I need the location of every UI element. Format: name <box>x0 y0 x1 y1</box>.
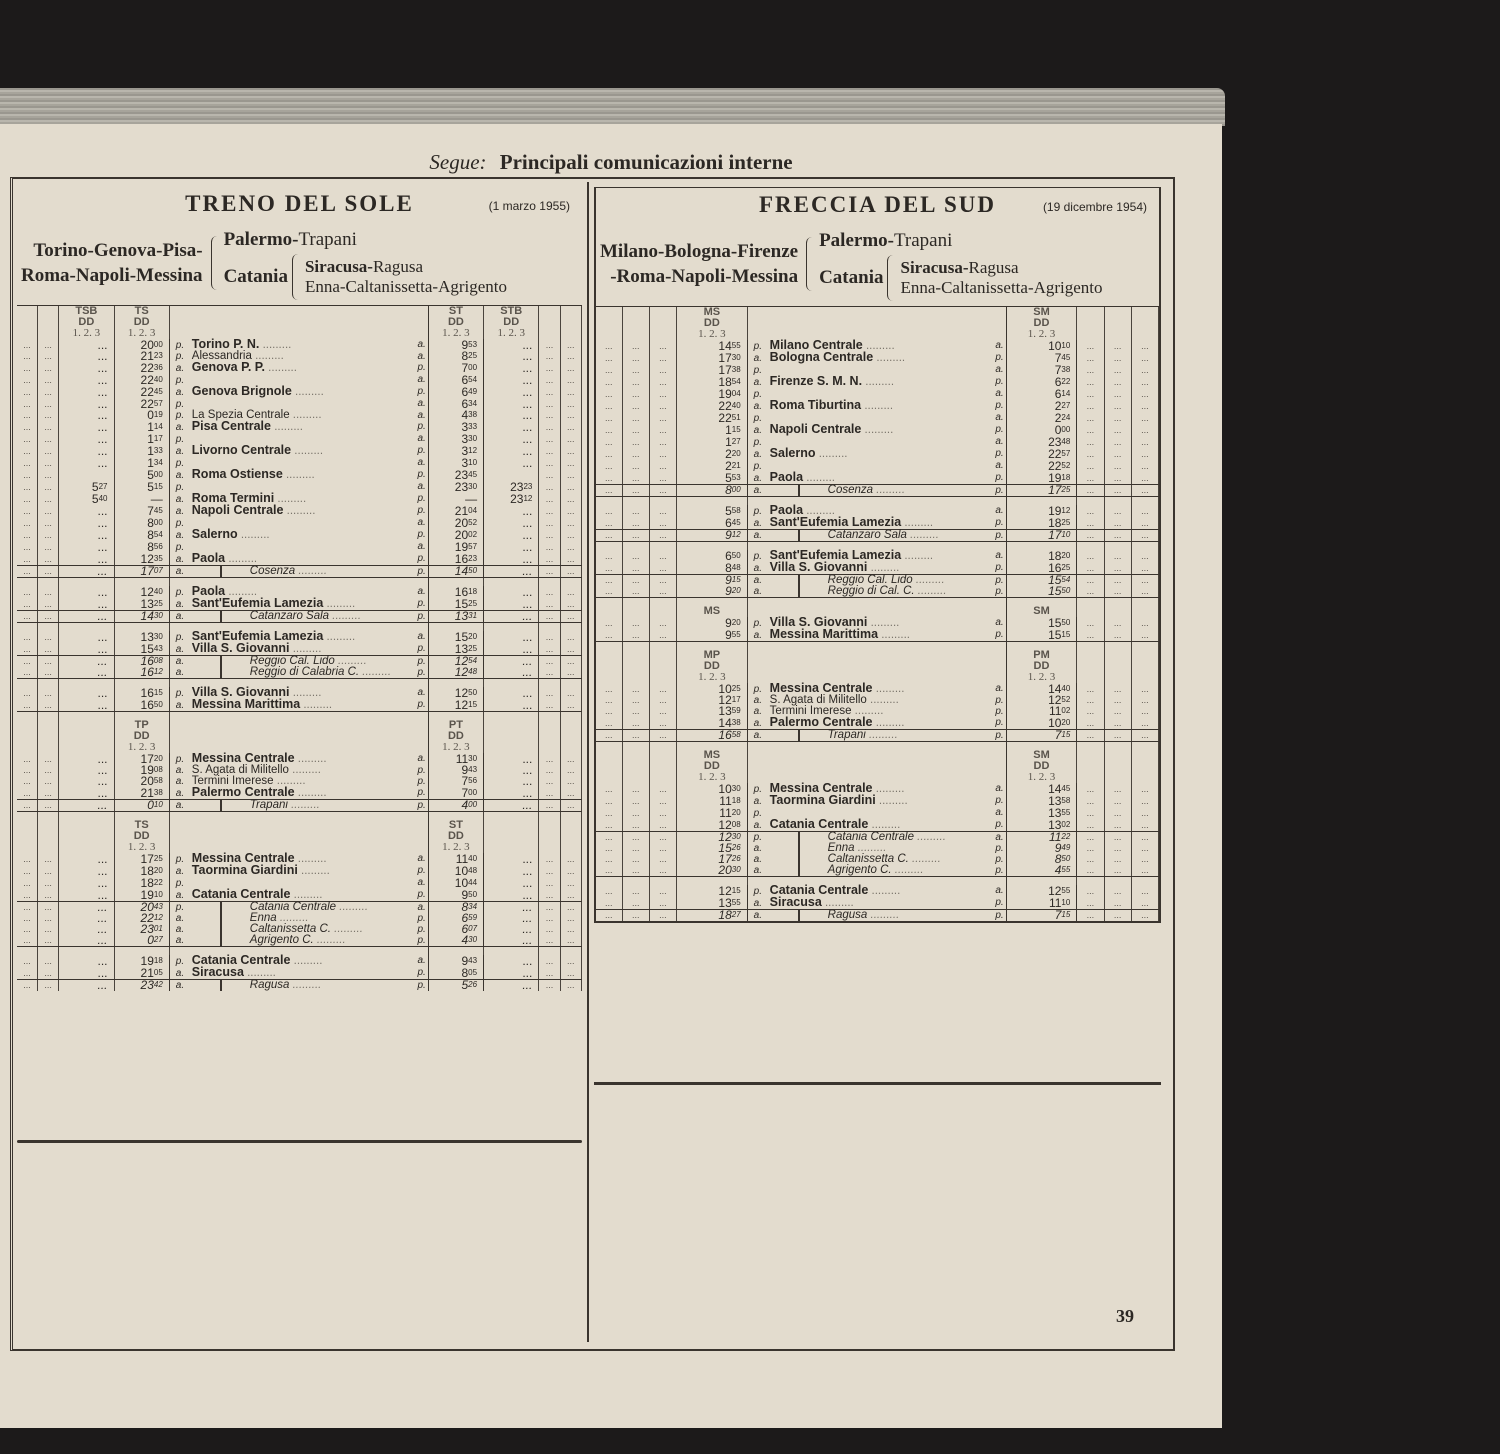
empty-cell <box>622 329 649 340</box>
up-time: 943 <box>428 955 483 967</box>
arrival-departure-marker: a. <box>417 631 425 642</box>
up-time: 1918 <box>1006 472 1077 485</box>
empty-cell: ... <box>37 529 58 541</box>
empty-cell: ... <box>37 853 58 865</box>
train-header-row: DDDD <box>596 761 1159 772</box>
empty-cell: ... <box>17 586 37 598</box>
arrival-departure-marker: p. <box>176 632 192 643</box>
timetable-row: .........115a.Napoli Centrale .........p… <box>596 424 1159 436</box>
empty-cell: ... <box>560 643 581 656</box>
station-name: Torino P. N. <box>192 337 260 351</box>
arrival-departure-marker: p. <box>417 469 425 480</box>
up-time: 430 <box>428 935 483 947</box>
empty-cell <box>428 947 483 956</box>
empty-cell <box>37 623 58 632</box>
empty-cell: ... <box>622 819 649 832</box>
empty-cell: ... <box>17 913 37 924</box>
empty-cell: ... <box>539 398 560 410</box>
empty-cell: ... <box>649 695 676 706</box>
up-time: 1725 <box>1006 485 1077 497</box>
empty-cell: ... <box>539 913 560 924</box>
empty-cell: ... <box>649 706 676 717</box>
empty-cell <box>539 812 560 821</box>
empty-cell: ... <box>622 352 649 364</box>
empty-cell <box>1131 542 1158 551</box>
arrival-departure-marker: p. <box>995 575 1003 586</box>
empty-cell: ... <box>649 530 676 542</box>
empty-cell: ... <box>37 765 58 776</box>
empty-cell <box>539 731 560 742</box>
down-time: 645 <box>677 517 748 530</box>
empty-cell: ... <box>622 717 649 730</box>
empty-cell: ... <box>539 631 560 643</box>
empty-cell: ... <box>17 541 37 553</box>
empty-cell: ... <box>17 398 37 410</box>
arrival-departure-marker: p. <box>754 551 770 562</box>
empty-cell: ... <box>560 935 581 947</box>
empty-cell: ... <box>622 854 649 865</box>
down-time: 800 <box>114 517 169 529</box>
down-time: 220 <box>677 448 748 460</box>
leader-dots: ......... <box>873 352 905 364</box>
up-time: 1044 <box>428 877 483 889</box>
empty-cell: ... <box>1131 897 1158 910</box>
empty-cell: ... <box>17 877 37 889</box>
empty-cell: ... <box>1077 412 1104 424</box>
arrival-departure-marker: p. <box>995 424 1003 435</box>
dest-enna: Enna-Caltanissetta-Agrigento <box>305 277 507 297</box>
arrival-departure-marker: a. <box>176 554 192 565</box>
station-name: Reggio di Cal. C. <box>798 585 915 597</box>
empty-cell: ... <box>596 706 622 717</box>
empty-cell: ... <box>1077 706 1104 717</box>
empty-cell <box>539 947 560 956</box>
leader-dots: ......... <box>295 787 327 799</box>
empty-cell: ... <box>622 550 649 562</box>
leader-dots: ......... <box>290 409 322 421</box>
empty-cell <box>539 742 560 753</box>
empty-cell <box>17 306 37 317</box>
empty-cell <box>596 606 622 617</box>
empty-cell <box>596 307 622 318</box>
up-time: 850 <box>1006 854 1077 865</box>
down-time: 2030 <box>677 865 748 877</box>
empty-cell: ... <box>596 683 622 695</box>
arrival-departure-marker: p. <box>995 517 1003 528</box>
empty-cell <box>560 842 581 853</box>
up-time: 1440 <box>1006 683 1077 695</box>
empty-cell <box>596 497 622 506</box>
empty-cell: ... <box>17 699 37 712</box>
arrival-departure-marker: p. <box>754 808 770 819</box>
train-code-down: 1. 2. 3 <box>677 772 748 783</box>
empty-cell: ... <box>37 457 58 469</box>
up-time: 607 <box>428 924 483 935</box>
timetable-row: .........955a.Messina Marittima ........… <box>596 629 1159 642</box>
down-time: 1215 <box>677 885 748 897</box>
leader-dots: ......... <box>283 505 315 517</box>
empty-cell <box>1104 497 1131 506</box>
timetable-row: .........912a.Catanzaro Sala .........p.… <box>596 530 1159 542</box>
arrival-departure-marker: a. <box>176 599 192 610</box>
dest-trapani: Trapani <box>894 230 952 251</box>
leader-dots: ......... <box>867 562 899 574</box>
arrival-departure-marker: a. <box>176 644 192 655</box>
timetable-row: .........1854a.Firenze S. M. N. ........… <box>596 376 1159 388</box>
empty-cell: ... <box>1077 352 1104 364</box>
empty-cell <box>539 623 560 632</box>
empty-cell <box>539 317 560 328</box>
down-time: 1455 <box>677 340 748 352</box>
empty-cell: ... <box>1077 550 1104 562</box>
leader-dots: ......... <box>329 610 361 622</box>
empty-cell <box>1077 329 1104 340</box>
leader-dots: ......... <box>868 885 900 897</box>
empty-cell: ... <box>1104 795 1131 807</box>
empty-cell: ... <box>37 517 58 529</box>
empty-cell: ... <box>1077 517 1104 530</box>
treno-del-sole-section: TRENO DEL SOLE (1 marzo 1955) Torino-Gen… <box>17 187 582 991</box>
empty-cell <box>1104 329 1131 340</box>
empty-cell: ... <box>37 955 58 967</box>
empty-cell <box>169 712 428 721</box>
up-time: 1255 <box>1006 885 1077 897</box>
down-time: 1025 <box>677 683 748 695</box>
leader-dots: ......... <box>359 666 391 678</box>
treno-del-sole-timetable: TSBTSSTSTBDDDDDDDD1. 2. 31. 2. 31. 2. 31… <box>17 306 582 991</box>
down-time: 133 <box>114 445 169 457</box>
empty-cell: ... <box>560 457 581 469</box>
up-time: 1710 <box>1006 530 1077 542</box>
arrival-departure-marker: p. <box>995 843 1003 854</box>
station-name: Messina Centrale <box>770 681 873 695</box>
stb-time: ... <box>484 699 539 712</box>
empty-cell: ... <box>539 566 560 578</box>
timetable-row: .........1455p.Milano Centrale .........… <box>596 340 1159 352</box>
down-time: 1359 <box>677 706 748 717</box>
empty-cell: ... <box>1077 807 1104 819</box>
up-time: 312 <box>428 445 483 457</box>
tsb-time: ... <box>59 457 114 469</box>
stb-time: ... <box>484 457 539 469</box>
empty-cell <box>1077 742 1104 751</box>
stb-time: ... <box>484 667 539 679</box>
station-cell: a.Napoli Centrale .........p. <box>169 505 428 517</box>
empty-cell: ... <box>1104 517 1131 530</box>
up-time: 1358 <box>1006 795 1077 807</box>
empty-cell: ... <box>1104 412 1131 424</box>
arrival-departure-marker: a. <box>754 449 770 460</box>
down-time: 553 <box>677 472 748 485</box>
empty-cell <box>1131 661 1158 672</box>
empty-cell: ... <box>1104 843 1131 854</box>
up-time: 1554 <box>1006 575 1077 587</box>
up-time: 000 <box>1006 424 1077 436</box>
station-cell: a.Ragusa .........p. <box>169 980 428 992</box>
train-header-row: DDDD <box>596 318 1159 329</box>
empty-cell <box>539 328 560 339</box>
empty-cell: ... <box>560 776 581 787</box>
station-cell: a.Trapani .........p. <box>169 800 428 812</box>
empty-cell: ... <box>17 776 37 787</box>
empty-cell: ... <box>17 865 37 877</box>
empty-cell: ... <box>17 631 37 643</box>
empty-cell: ... <box>649 376 676 388</box>
empty-cell: ... <box>1104 586 1131 598</box>
leader-dots: ......... <box>816 448 848 460</box>
arrival-departure-marker: a. <box>176 656 192 667</box>
empty-cell: ... <box>1077 388 1104 400</box>
station-cell: a.Roma Ostiense .........p. <box>169 469 428 481</box>
empty-cell: ... <box>1131 400 1158 412</box>
arrival-departure-marker: a. <box>417 351 425 362</box>
leader-dots: ......... <box>861 424 893 436</box>
block-separator <box>596 598 1159 607</box>
empty-cell: ... <box>596 730 622 742</box>
arrival-departure-marker: p. <box>995 629 1003 640</box>
down-time: 1738 <box>677 364 748 376</box>
station-name: Paola <box>770 470 803 484</box>
empty-cell: ... <box>37 398 58 410</box>
up-time: 526 <box>428 980 483 992</box>
arrival-departure-marker: a. <box>417 410 425 421</box>
train-name: TRENO DEL SOLE <box>185 191 414 216</box>
empty-cell: ... <box>596 843 622 854</box>
empty-cell: ... <box>17 667 37 679</box>
empty-cell <box>649 761 676 772</box>
empty-cell: ... <box>622 795 649 807</box>
up-time: 700 <box>428 362 483 374</box>
empty-cell: ... <box>622 629 649 642</box>
empty-cell: ... <box>1077 562 1104 575</box>
empty-cell: ... <box>596 629 622 642</box>
arrival-departure-marker: a. <box>417 398 425 409</box>
arrival-departure-marker: p. <box>417 980 425 991</box>
empty-cell: ... <box>596 400 622 412</box>
train-header-row: MSSM <box>596 606 1159 617</box>
leader-dots: ......... <box>873 717 905 729</box>
up-time: 1825 <box>1006 517 1077 530</box>
empty-cell <box>560 712 581 721</box>
empty-cell: ... <box>37 362 58 374</box>
down-time: — <box>114 493 169 505</box>
leader-dots: ......... <box>822 897 854 909</box>
running-head-title: Principali comunicazioni interne <box>500 150 793 174</box>
empty-cell <box>539 831 560 842</box>
empty-cell <box>59 720 114 731</box>
brace-icon <box>292 254 301 300</box>
empty-cell: ... <box>649 807 676 819</box>
leader-dots: ......... <box>290 643 322 655</box>
down-time: 2257 <box>114 398 169 410</box>
timetable-row: .........2251p.a.224......... <box>596 412 1159 424</box>
dest-palermo: Palermo- <box>819 230 894 251</box>
empty-cell <box>596 772 622 783</box>
empty-cell: ... <box>1131 706 1158 717</box>
leader-dots: ......... <box>901 517 933 529</box>
stb-time: ... <box>484 800 539 812</box>
timetable-row: .........1730a.Bologna Centrale ........… <box>596 352 1159 364</box>
train-code-up: SM <box>1006 606 1077 617</box>
arrival-departure-marker: a. <box>754 485 770 496</box>
station-cell: a.Roma Tiburtina .........p. <box>747 400 1006 412</box>
empty-cell: ... <box>622 460 649 472</box>
arrival-departure-marker: a. <box>995 460 1003 471</box>
empty-cell: ... <box>37 505 58 517</box>
empty-cell <box>747 598 1006 607</box>
empty-cell <box>560 317 581 328</box>
tsb-time: 527 <box>59 481 114 493</box>
empty-cell: ... <box>649 460 676 472</box>
header-station-spacer <box>747 318 1006 329</box>
station-name: Ragusa <box>798 909 868 921</box>
arrival-departure-marker: a. <box>754 706 770 717</box>
empty-cell: ... <box>649 683 676 695</box>
down-time: 117 <box>114 433 169 445</box>
train-header-row: MSSM <box>596 307 1159 318</box>
empty-cell: ... <box>649 717 676 730</box>
leader-dots: ......... <box>323 598 355 610</box>
empty-cell: ... <box>622 897 649 910</box>
empty-cell: ... <box>17 421 37 433</box>
empty-cell: ... <box>1077 436 1104 448</box>
empty-cell: ... <box>560 445 581 457</box>
empty-cell <box>560 812 581 821</box>
empty-cell: ... <box>1077 819 1104 832</box>
arrival-departure-marker: p. <box>417 566 425 577</box>
empty-cell <box>169 812 428 821</box>
up-time: 1445 <box>1006 783 1077 795</box>
down-time: 1612 <box>114 667 169 679</box>
empty-cell: ... <box>649 854 676 865</box>
empty-cell: ... <box>622 400 649 412</box>
empty-cell: ... <box>17 853 37 865</box>
station-cell: a.Firenze S. M. N. .........p. <box>747 376 1006 388</box>
up-time: 2348 <box>1006 436 1077 448</box>
arrival-departure-marker: a. <box>176 611 192 622</box>
station-cell: a.Bologna Centrale .........p. <box>747 352 1006 364</box>
train-code-down: MS <box>677 606 748 617</box>
empty-cell: ... <box>560 586 581 598</box>
header-station-spacer <box>169 831 428 842</box>
empty-cell <box>1104 606 1131 617</box>
empty-cell <box>539 306 560 317</box>
empty-cell: ... <box>560 913 581 924</box>
empty-cell: ... <box>1077 897 1104 910</box>
up-time: 649 <box>428 386 483 398</box>
stb-time: ... <box>484 611 539 623</box>
dest-catania: Catania <box>224 263 288 291</box>
empty-cell <box>17 328 37 339</box>
leader-dots: ......... <box>271 421 303 433</box>
empty-cell: ... <box>596 530 622 542</box>
timetable-row: .........650p.Sant'Eufemia Lamezia .....… <box>596 550 1159 562</box>
arrival-departure-marker: a. <box>754 730 770 741</box>
station-cell: a.Sant'Eufemia Lamezia .........p. <box>169 598 428 611</box>
arrival-departure-marker: a. <box>754 575 770 586</box>
up-time: 1130 <box>428 753 483 765</box>
empty-cell <box>37 720 58 731</box>
empty-cell <box>1131 672 1158 683</box>
empty-cell: ... <box>622 340 649 352</box>
empty-cell <box>539 720 560 731</box>
empty-cell <box>596 542 622 551</box>
empty-cell: ... <box>1104 562 1131 575</box>
empty-cell: ... <box>622 485 649 497</box>
dest-ragusa: Ragusa <box>373 257 423 276</box>
down-time: 1827 <box>677 910 748 922</box>
empty-cell: ... <box>560 386 581 398</box>
station-name: Salerno <box>770 446 816 460</box>
empty-cell: ... <box>17 339 37 351</box>
empty-cell <box>17 742 37 753</box>
empty-cell: ... <box>17 445 37 457</box>
arrival-departure-marker: a. <box>176 924 192 935</box>
empty-cell: ... <box>596 472 622 485</box>
empty-cell: ... <box>1131 562 1158 575</box>
empty-cell: ... <box>539 553 560 566</box>
empty-cell <box>1104 307 1131 318</box>
empty-cell: ... <box>1104 376 1131 388</box>
down-time: 1118 <box>677 795 748 807</box>
arrival-departure-marker: p. <box>176 410 192 421</box>
empty-cell: ... <box>1104 832 1131 844</box>
empty-cell <box>1104 877 1131 886</box>
timetable-row: .........645a.Sant'Eufemia Lamezia .....… <box>596 517 1159 530</box>
empty-cell: ... <box>37 699 58 712</box>
station-name: Palermo Centrale <box>770 715 873 729</box>
empty-cell: ... <box>596 485 622 497</box>
running-head-prefix: Segue: <box>429 150 486 174</box>
leader-dots: ......... <box>290 889 322 901</box>
timetable-row: .........2342a.Ragusa .........p.526....… <box>17 980 582 992</box>
empty-cell <box>596 742 622 751</box>
origin-line-1: Torino-Genova-Pisa- <box>21 238 203 263</box>
arrival-departure-marker: p. <box>417 787 425 798</box>
header-station-spacer <box>747 761 1006 772</box>
empty-cell <box>1077 772 1104 783</box>
leader-dots: ......... <box>873 484 905 496</box>
empty-cell: ... <box>1131 819 1158 832</box>
train-code-up: 1. 2. 3 <box>1006 329 1077 340</box>
up-time: 455 <box>1006 865 1077 877</box>
arrival-departure-marker: a. <box>176 506 192 517</box>
down-time: 1658 <box>677 730 748 742</box>
arrival-departure-marker: a. <box>176 866 192 877</box>
empty-cell: ... <box>596 865 622 877</box>
empty-cell: ... <box>596 460 622 472</box>
empty-cell <box>37 578 58 587</box>
empty-cell <box>1006 497 1077 506</box>
up-time: 614 <box>1006 388 1077 400</box>
empty-cell: ... <box>622 617 649 629</box>
arrival-departure-marker: a. <box>995 832 1003 843</box>
header-station-spacer <box>747 650 1006 661</box>
empty-cell: ... <box>539 362 560 374</box>
train-code-down: 1. 2. 3 <box>677 329 748 340</box>
empty-cell <box>1131 642 1158 651</box>
arrival-departure-marker: a. <box>417 481 425 492</box>
empty-cell <box>649 661 676 672</box>
empty-cell <box>484 820 539 831</box>
empty-cell <box>37 742 58 753</box>
station-name: Napoli Centrale <box>770 422 862 436</box>
empty-cell: ... <box>649 364 676 376</box>
arrival-departure-marker: a. <box>995 683 1003 694</box>
station-name: Taormina Giardini <box>192 863 298 877</box>
down-time: 1707 <box>114 566 169 578</box>
empty-cell: ... <box>1131 807 1158 819</box>
